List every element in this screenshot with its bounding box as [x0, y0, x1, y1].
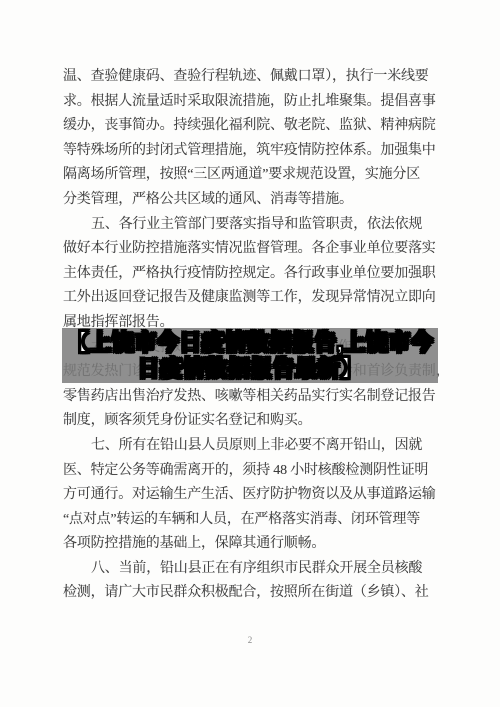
doc-line: 工外出返回登记报告及健康监测等工作，发现异常情况立即向: [63, 286, 441, 311]
doc-line: 温、查验健康码、查验行程轨迹、佩戴口罩），执行一米线要: [63, 65, 441, 90]
doc-line-section-7: 七、所有在铅山县人员原则上非必要不离开铅山，因就: [63, 434, 441, 459]
caption-overlay-banner: 【上饶市今日疫情数据报告,上饶市今 日疫情数据报告最新】: [62, 328, 438, 383]
doc-line: 方可通行。对运输生产生活、医疗防护物资以及从事道路运输: [63, 483, 441, 508]
doc-line: 等特殊场所的封闭式管理措施，筑牢疫情防控体系。加强集中: [63, 139, 441, 164]
doc-line-section-8: 八、当前，铅山县正在有序组织市民群众开展全员核酸: [63, 557, 441, 582]
doc-line: 主体责任，严格执行疫情防控规定。各行政事业单位要加强职: [63, 262, 441, 287]
doc-line: 零售药店出售治疗发热、咳嗽等相关药品实行实名制登记报告: [63, 385, 441, 410]
doc-line: 医、特定公务等确需离开的，须持 48 小时核酸检测阴性证明: [63, 459, 441, 484]
page-number: 2: [0, 635, 500, 645]
banner-title-line-1: 【上饶市今日疫情数据报告,上饶市今: [67, 330, 434, 356]
banner-title-line-2: 日疫情数据报告最新】: [137, 356, 362, 382]
doc-line: 分类管理，严格公共区域的通风、消毒等措施。: [63, 188, 441, 213]
doc-line: 求。根据人流量适时采取限流措施，防止扎堆聚集。提倡喜事: [63, 90, 441, 115]
doc-line: 隔离场所管理，按照“三区两通道”要求规范设置，实施分区: [63, 163, 441, 188]
doc-line: 做好本行业防控措施落实情况监督管理。各企事业单位要落实: [63, 237, 441, 262]
doc-line: 缓办，丧事简办。持续强化福利院、敬老院、监狱、精神病院: [63, 114, 441, 139]
scanned-document-page: 温、查验健康码、查验行程轨迹、佩戴口罩），执行一米线要 求。根据人流量适时采取限…: [0, 0, 500, 707]
doc-line: 各项防控措施的基础上，保障其通行顺畅。: [63, 532, 441, 557]
doc-line: 制度，顾客须凭身份证实名登记和购买。: [63, 409, 441, 434]
doc-line-section-5: 五、各行业主管部门要落实指导和监管职责，依法依规: [63, 213, 441, 238]
doc-line: “点对点”转运的车辆和人员，在严格落实消毒、闭环管理等: [63, 508, 441, 533]
doc-line: 检测，请广大市民群众积极配合，按照所在街道（乡镇）、社: [63, 581, 441, 606]
